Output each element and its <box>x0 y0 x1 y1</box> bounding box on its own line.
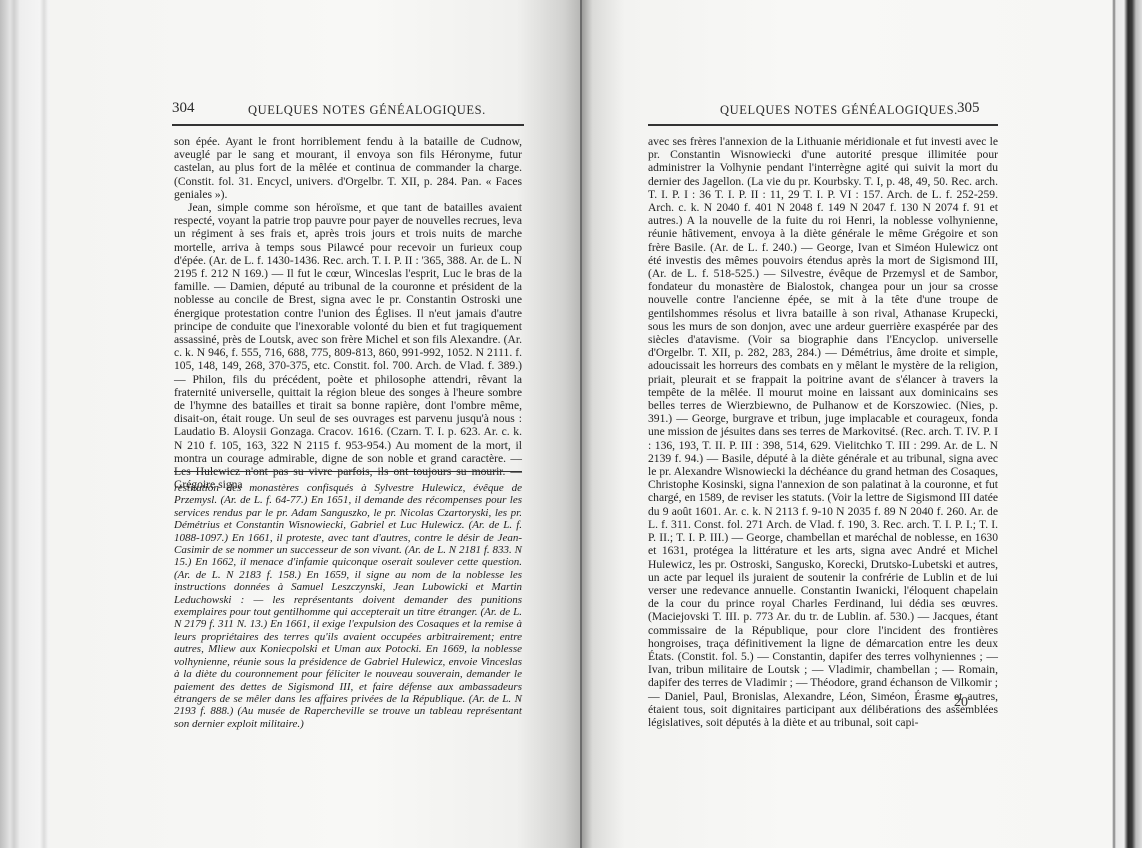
left-paragraph-2: Jean, simple comme son héroïsme, et que … <box>174 201 522 491</box>
right-body-text: avec ses frères l'annexion de la Lithuan… <box>648 135 998 729</box>
gutter-fold <box>580 0 582 848</box>
signature-mark: 20 <box>954 695 968 711</box>
left-running-head: QUELQUES NOTES GÉNÉALOGIQUES. <box>248 103 486 118</box>
left-header-rule <box>172 124 524 126</box>
right-header-rule <box>648 124 998 126</box>
left-footnote: restitution des monastères confisqués à … <box>174 482 522 730</box>
right-paragraph-1: avec ses frères l'annexion de la Lithuan… <box>648 135 998 729</box>
left-body-text: son épée. Ayant le front horriblement fe… <box>174 135 522 491</box>
book-spread: 304 QUELQUES NOTES GÉNÉALOGIQUES. son ép… <box>0 0 1142 848</box>
left-paragraph-1: son épée. Ayant le front horriblement fe… <box>174 135 522 201</box>
right-running-head: QUELQUES NOTES GÉNÉALOGIQUES. <box>720 103 958 118</box>
book-edge-right <box>1112 0 1142 848</box>
left-page-number: 304 <box>172 100 195 117</box>
footnote-rule <box>174 471 522 472</box>
right-page-number: 305 <box>957 100 980 117</box>
